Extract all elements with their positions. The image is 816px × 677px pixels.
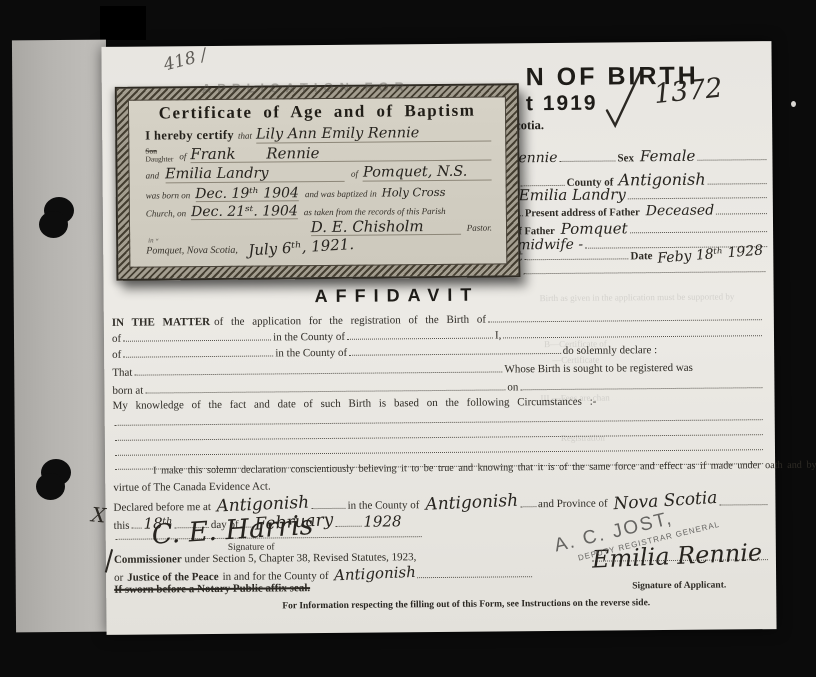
issue-date: July 6ᵗʰ, 1921. (248, 237, 355, 258)
dotted-line (503, 327, 762, 338)
margin-stroke (105, 549, 113, 573)
dotted-line (628, 185, 767, 199)
ghost-text: Birth as given in the application must b… (540, 291, 735, 303)
notary-line: If sworn before a Notary Public affix se… (114, 582, 310, 596)
residence: Pomquet, N.S. (363, 165, 492, 182)
field-row-name-sex: ennie Sex Female (518, 147, 768, 165)
sex-label: Sex (617, 152, 634, 164)
commissioner-line: Commissioner under Section 5, Chapter 38… (114, 551, 417, 566)
born-label: was born on (146, 190, 191, 200)
dotted-line (123, 332, 271, 342)
declared-label: Declared before me at (113, 501, 211, 514)
justice-line: or Justice of the Peace in and for the C… (114, 565, 534, 584)
dotted-line (520, 498, 536, 507)
dotted-line (312, 500, 346, 509)
baptized-label: and was baptized in (305, 189, 377, 200)
dotted-line (523, 259, 765, 274)
dotted-line (524, 246, 628, 259)
that-label: That (112, 367, 132, 379)
commissioner-label: Commissioner (114, 553, 182, 566)
county-label: in the County of (273, 331, 345, 344)
scanner-edge-shadow (100, 6, 146, 40)
certificate-row-pastor: D. E. Chisholm Pastor. (146, 219, 492, 238)
field-row-mother: Emilia Landry (519, 185, 769, 203)
pastor-label: Pastor. (467, 223, 492, 233)
x-mark: X (91, 504, 107, 525)
pencil-note: 418 / (162, 47, 208, 74)
father-address-value: Deceased (646, 203, 715, 218)
certificate-title: Certificate of Age and of Baptism (129, 100, 505, 123)
sex-value: Female (640, 148, 695, 163)
under-sheet (12, 40, 110, 633)
affidavit-line-1: IN THE MATTER of the application for the… (112, 311, 764, 329)
field-row-father-address: Present address of Father Deceased (513, 201, 769, 219)
records-label: as taken from the records of this Parish (304, 206, 446, 217)
of-label: of (351, 169, 358, 179)
of-label: of (112, 349, 121, 361)
justice-text: in and for the County of (223, 570, 329, 583)
ghost-header-application-for: APPLICATION FOR (202, 79, 410, 96)
dotted-line (630, 219, 767, 233)
name-fragment: ennie (518, 150, 557, 164)
of-label: of (112, 333, 121, 345)
justice-county-value: Antigonish (333, 565, 415, 584)
header-act-fragment: t 1919 (526, 92, 598, 117)
footer-note: For Information respecting the filling o… (282, 599, 602, 612)
county-label: in the County of (275, 347, 347, 360)
baptism-date: Dec. 21ˢᵗ. 1904 (191, 204, 298, 220)
father-name: Frank Rennie (190, 145, 491, 164)
spacer (146, 232, 311, 233)
punch-hole-bottom (35, 459, 73, 501)
dotted-line (349, 345, 561, 356)
province-label: and Province of (538, 498, 608, 511)
county-label: in the County of (348, 499, 420, 512)
certificate-row-father: SonDaughter of Frank Rennie (145, 145, 491, 165)
certify-label: I hereby certify (145, 128, 234, 144)
place-label: Pomquet, Nova Scotia, (146, 245, 238, 257)
county-value: Antigonish (425, 493, 518, 514)
dotted-line (521, 173, 565, 186)
field-row-blank (521, 259, 767, 274)
certificate-row-name: I hereby certify that Lily Ann Emily Ren… (145, 126, 491, 145)
pastor-signature: D. E. Chisholm (311, 219, 461, 236)
whose-birth-text: Whose Birth is sought to be registered w… (504, 362, 693, 376)
or-label: or (114, 572, 123, 584)
dotted-line (708, 172, 767, 185)
in-the-matter-label: IN THE MATTER (112, 316, 210, 329)
dotted-line (559, 148, 615, 161)
dotted-line (134, 364, 502, 376)
certificate-card: Certificate of Age and of Baptism I here… (115, 83, 521, 281)
dotted-line (720, 496, 768, 505)
commissioner-text: under Section 5, Chapter 38, Revised Sta… (184, 551, 416, 565)
header-title-fragment: N OF BIRTH (526, 62, 699, 93)
form-page: 418 / 1372 X APPLICATION FOR N OF BIRTH … (101, 41, 776, 635)
and-label: and (146, 170, 160, 180)
declaration-paragraph-line2: virtue of The Canada Evidence Act. (113, 480, 271, 493)
affidavit-line-2: of in the County of I, (112, 327, 764, 345)
header-province-fragment: cotia. (515, 118, 544, 133)
certificate-row-place-date: Pomquet, Nova Scotia, July 6ᵗʰ, 1921. (146, 239, 492, 257)
dotted-line (697, 147, 766, 160)
dotted-line (123, 348, 273, 358)
daughter-label: Daughter (145, 156, 173, 164)
dotted-line (347, 330, 493, 340)
punch-hole-top (38, 197, 76, 239)
mother-name-value: Emilia Landry (519, 187, 626, 203)
applicant-signature-label: Signature of Applicant. (632, 581, 726, 592)
certificate-row-mother: and Emilia Landry of Pomquet, N.S. (146, 165, 492, 184)
church-name: Holy Cross (382, 187, 492, 199)
dust-speck (791, 101, 796, 107)
mother-name: Emilia Landry (165, 166, 345, 183)
dotted-line (145, 382, 505, 394)
son-daughter-label: SonDaughter (145, 147, 173, 164)
birth-date: Dec. 19ᵗʰ 1904 (195, 186, 299, 202)
justice-label: Justice of the Peace (127, 571, 218, 584)
dotted-line (520, 379, 762, 390)
of-label: of (179, 151, 186, 161)
declare-label: do solemnly declare : (563, 344, 657, 357)
child-name: Lily Ann Emily Rennie (256, 126, 491, 144)
affidavit-line-4: That Whose Birth is sought to be registe… (112, 361, 764, 379)
dotted-line (488, 311, 762, 322)
father-birthplace-value: Pomquet (561, 221, 628, 237)
affidavit-title: AFFIDAVIT (315, 285, 480, 307)
born-at-label: born at (112, 385, 143, 397)
certificate-card-inner: Certificate of Age and of Baptism I here… (128, 96, 507, 267)
dotted-line (716, 201, 767, 214)
i-label: I, (495, 329, 502, 341)
witness-signature: C. E. Harris (151, 512, 314, 549)
on-label: on (507, 381, 518, 393)
line1-text: of the application for the registration … (214, 314, 486, 328)
that-label: that (238, 131, 252, 141)
dotted-line (417, 568, 532, 578)
father-address-label: Present address of Father (525, 207, 640, 219)
certificate-row-birth: was born on Dec. 19ᵗʰ 1904 and was bapti… (146, 185, 492, 203)
church-label: Church, on (146, 208, 186, 218)
